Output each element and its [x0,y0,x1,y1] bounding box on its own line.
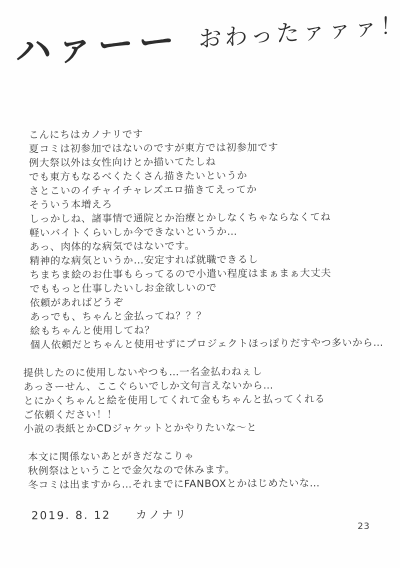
text-line: 冬コミは出ますから…それまでにFANBOXとかはじめたいな… [28,477,393,494]
signature-line: 2019. 8. 12 カノナリ [31,505,393,524]
page-number: 23 [358,522,370,532]
paragraph-intro: こんにちはカノナリです 夏コミは初参加ではないのですが東方では初参加です 例大祭… [29,127,393,354]
paragraph-closing: 本文に関係ないあとがきだなこりゃ 秋例祭はということで金欠なので休みます。 冬コ… [28,449,393,494]
title-sigh-text: ハァーー [15,12,180,75]
page-title: ハァーー おわったァァァ！！ [14,0,400,75]
date-text: 2019. 8. 12 [31,509,111,523]
author-name: カノナリ [136,508,188,521]
afterword-page: ハァーー おわったァァァ！！ こんにちはカノナリです 夏コミは初参加ではないので… [0,0,400,568]
paragraph-commissions: 提供したのに使用しないやつも…一名金払わねぇし あっさーせん、ここぐらいでしか文… [23,365,392,438]
text-line: 個人依頼だとちゃんと使用せずにプロジェクトほっぽりだすやつ多いから… [30,337,392,354]
text-line: 小説の表紙とかCDジャケットとかやりたいな〜と [24,421,393,438]
title-done-text: おわったァァァ！！ [199,5,400,54]
afterword-body: こんにちはカノナリです 夏コミは初参加ではないのですが東方では初参加です 例大祭… [29,127,394,524]
